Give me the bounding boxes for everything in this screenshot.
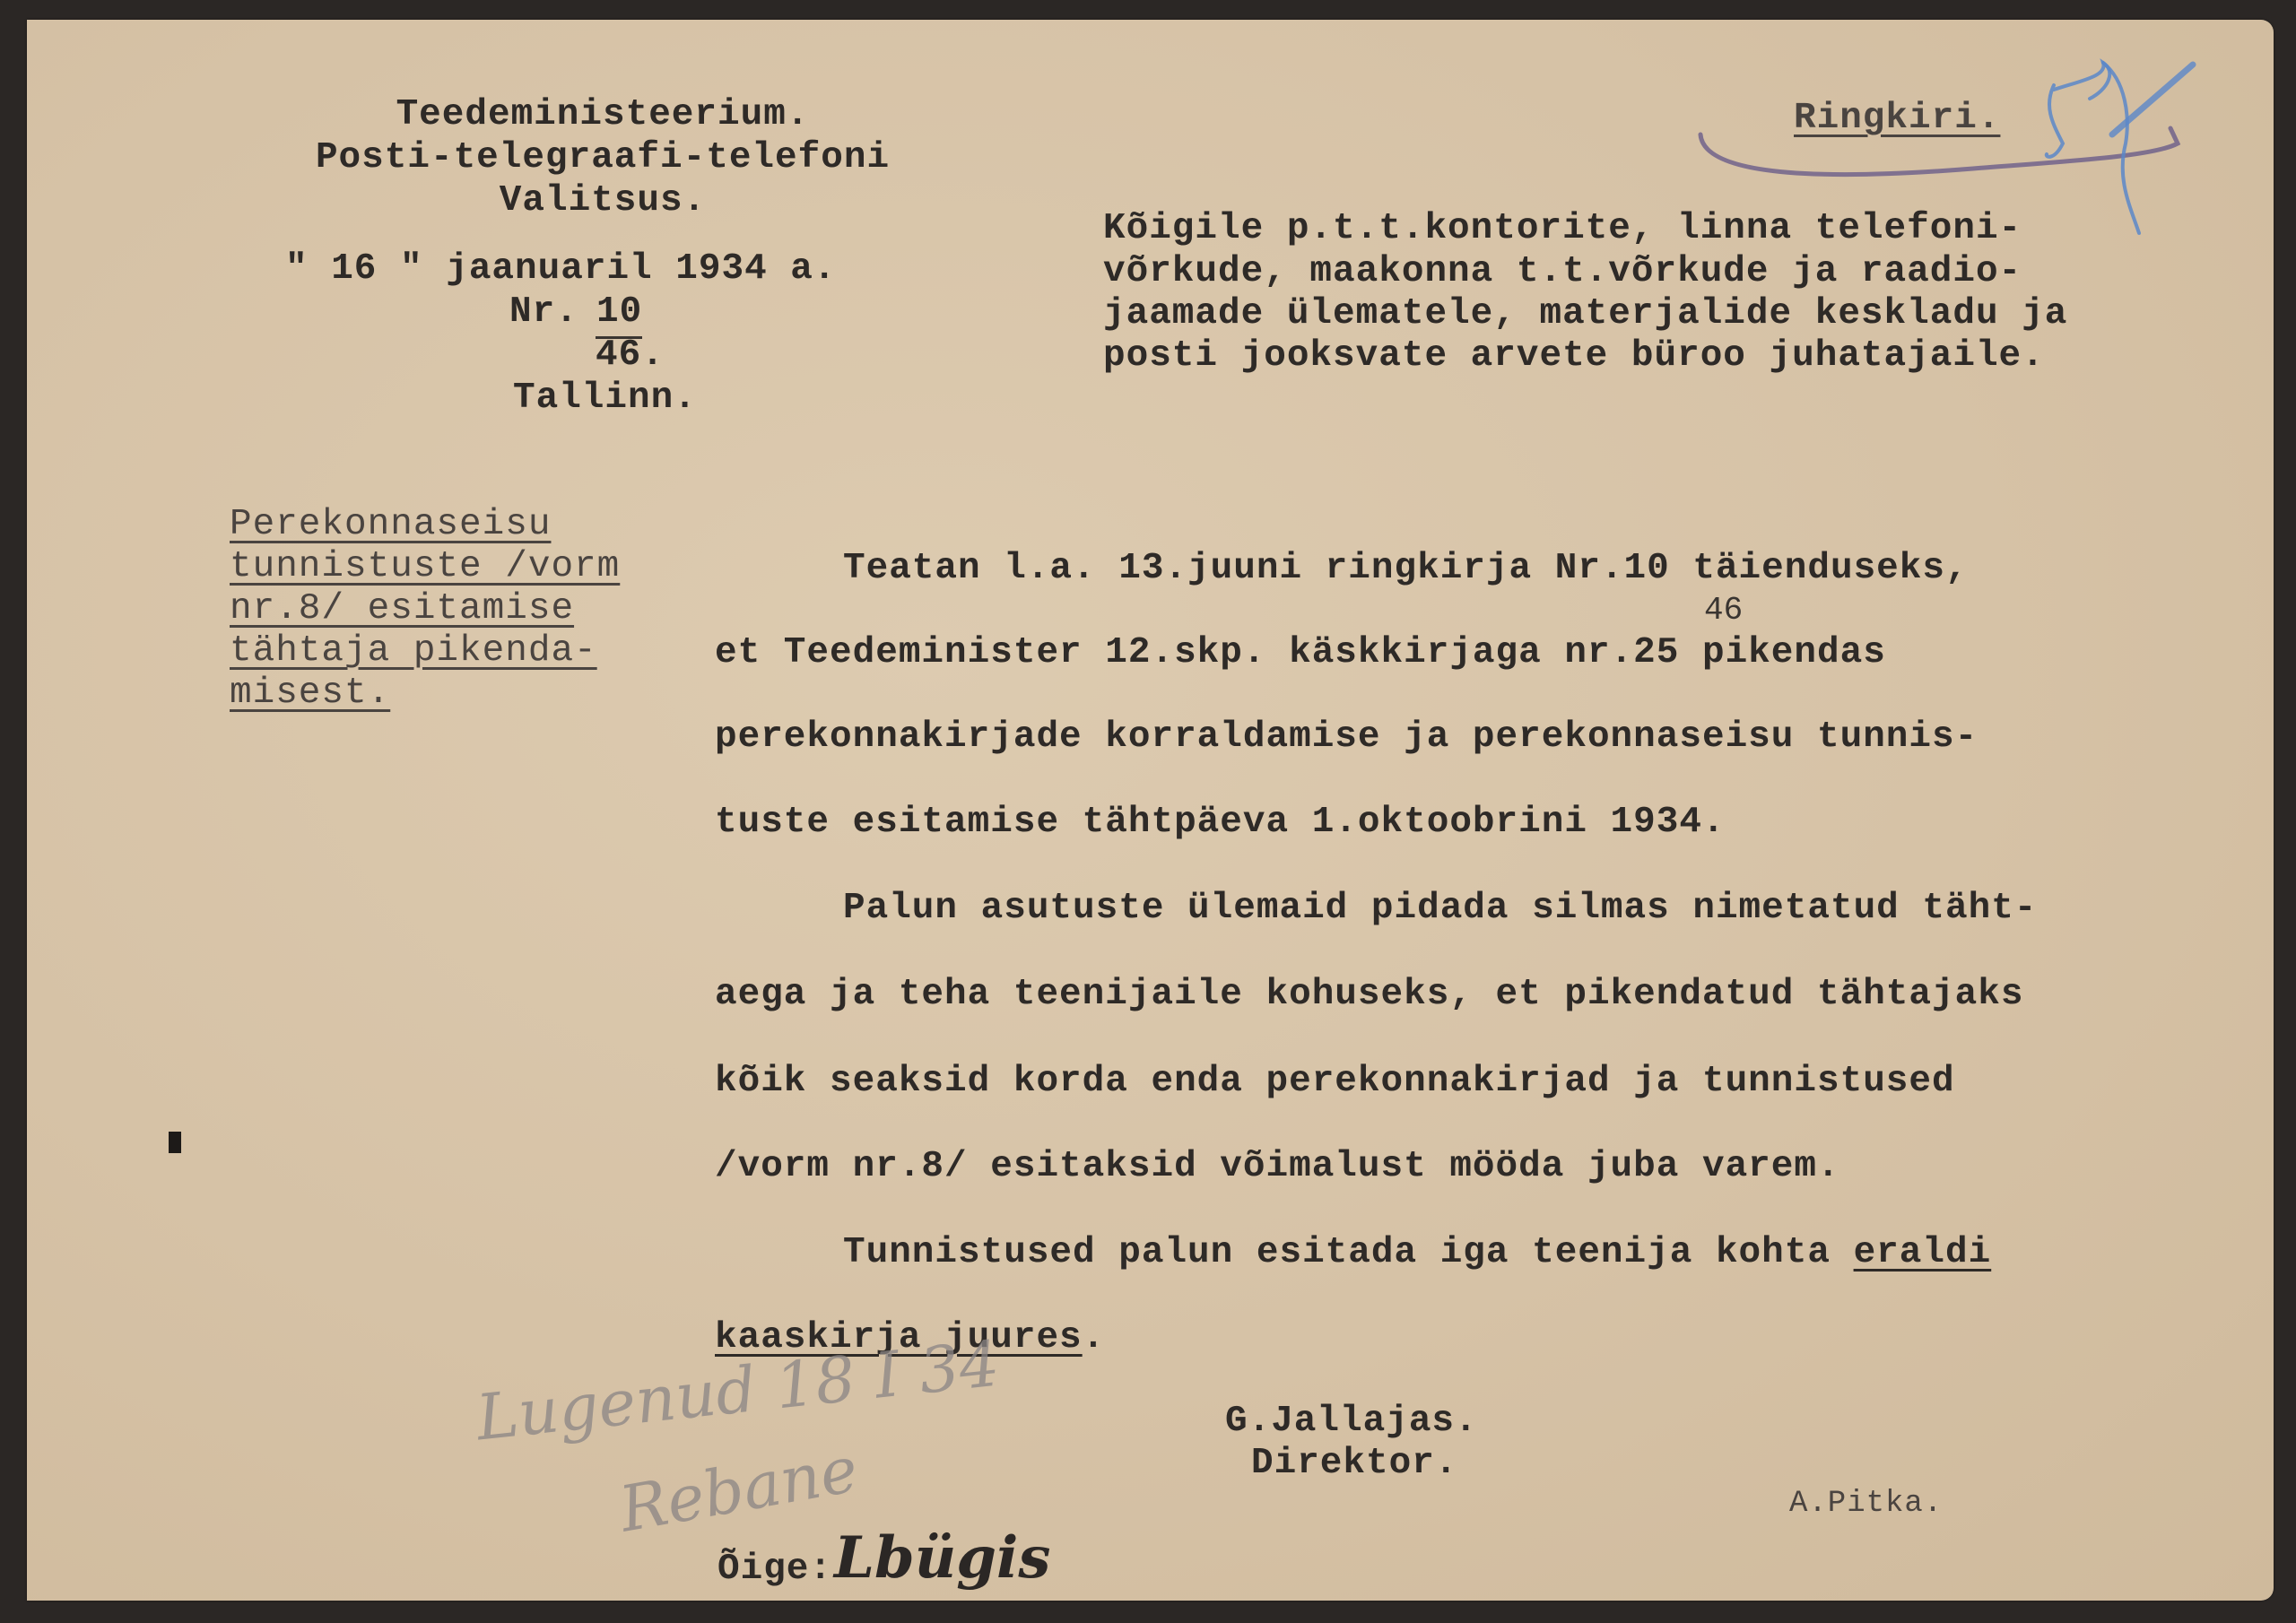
margin-mark [169,1132,181,1153]
body-line: tuste esitamise tähtpäeva 1.oktoobrini 1… [715,804,1726,841]
underlined-text: eraldi [1854,1232,1992,1273]
certified-signature: Lbügis [834,1524,1050,1592]
signature-name: G.Jallajas. [1225,1403,1478,1440]
body-line: perekonnakirjade korraldamise ja perekon… [715,719,1978,756]
body-line: /vorm nr.8/ esitaksid võimalust mööda ju… [715,1149,1840,1185]
header-number-prefix: Nr. [509,294,578,331]
header-board: Valitsus. [500,183,706,220]
body-line: aega ja teha teenijaile kohuseks, et pik… [715,976,2023,1013]
subject-line: tunnistuste /vorm [230,549,620,586]
addressee-line: Kõigile p.t.t.kontorite, linna telefoni- [1103,211,2022,247]
signature-title: Direktor. [1251,1445,1457,1482]
body-line: kõik seaksid korda enda perekonnakirjad … [715,1063,1955,1100]
subject-line: tähtaja pikenda- [230,633,597,670]
body-line: Teatan l.a. 13.juuni ringkirja Nr.10 täi… [843,551,1969,587]
header-place: Tallinn. [513,380,697,417]
addressee-line: jaamade ülematele, materjalide keskladu … [1103,296,2067,333]
addressee-line: posti jooksvate arvete büroo juhatajaile… [1103,338,2045,375]
subject-line: nr.8/ esitamise [230,591,574,628]
body-fraction-denominator: 46 [1704,592,1743,629]
body-line: Palun asutuste ülemaid pidada silmas nim… [843,890,2037,927]
body-line: et Teedeminister 12.skp. käskkirjaga nr.… [715,635,1886,672]
subject-line: Perekonnaseisu [230,507,551,543]
header-number-numerator: 10 [596,294,642,331]
header-number-denominator: 46. [596,337,665,374]
header-date: " 16 " jaanuaril 1934 a. [285,251,837,288]
header-department: Posti-telegraafi-telefoni [316,140,890,177]
body-text: Tunnistused palun esitada iga teenija ko… [843,1232,1854,1273]
document-type: Ringkiri. [1794,100,2000,137]
addressee-line: võrkude, maakonna t.t.võrkude ja raadio- [1103,254,2022,291]
header-ministry: Teedeministeerium. [396,97,810,134]
subject-line: misest. [230,675,390,712]
certified-label: Õige: [717,1551,832,1588]
typist-initials: A.Pitka. [1789,1488,1943,1519]
body-line: Tunnistused palun esitada iga teenija ko… [843,1235,1991,1271]
body-text: . [1083,1317,1106,1358]
